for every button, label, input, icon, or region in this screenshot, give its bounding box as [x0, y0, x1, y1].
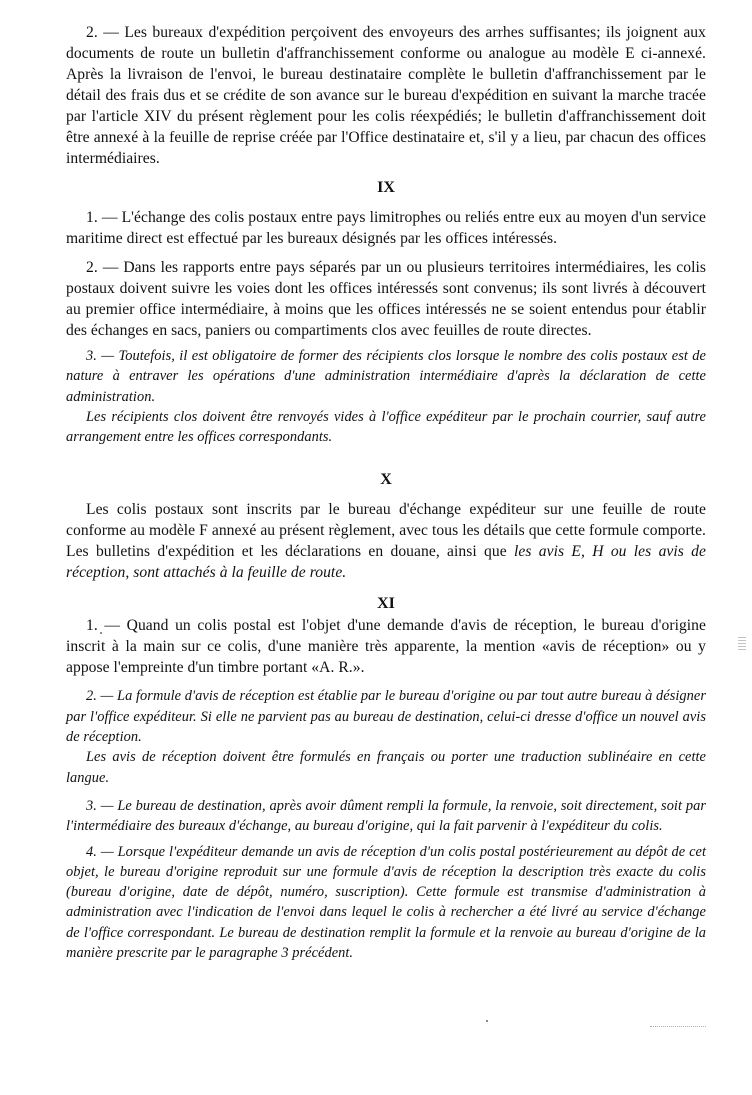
margin-smudge: [650, 1020, 706, 1027]
paragraph-ix-2: 2. — Dans les rapports entre pays séparé…: [66, 257, 706, 341]
paragraph-xi-2: 2. — La formule d'avis de réception est …: [66, 686, 706, 747]
section-heading-x: X: [66, 469, 706, 491]
section-heading-xi: XI: [66, 593, 706, 615]
paragraph-ix-3-b: Les récipients clos doivent être renvoyé…: [66, 407, 706, 448]
paragraph-ix-3: 3. — Toutefois, il est obligatoire de fo…: [66, 346, 706, 407]
section-heading-ix: IX: [66, 177, 706, 199]
document-page: 2. — Les bureaux d'expédition perçoivent…: [66, 22, 706, 963]
paragraph-xi-3: 3. — Le bureau de destination, après avo…: [66, 796, 706, 837]
paragraph-ix-1: 1. — L'échange des colis postaux entre p…: [66, 207, 706, 249]
paragraph-xi-2-b: Les avis de réception doivent être formu…: [66, 747, 706, 788]
scan-speck: [100, 632, 102, 634]
paragraph-xi-1: 1. — Quand un colis postal est l'objet d…: [66, 615, 706, 678]
margin-smudge: [738, 636, 746, 650]
scan-speck: [486, 1020, 488, 1022]
paragraph-xi-4: 4. — Lorsque l'expéditeur demande un avi…: [66, 842, 706, 964]
paragraph-x-1: Les colis postaux sont inscrits par le b…: [66, 499, 706, 583]
paragraph-viii-2: 2. — Les bureaux d'expédition perçoivent…: [66, 22, 706, 169]
